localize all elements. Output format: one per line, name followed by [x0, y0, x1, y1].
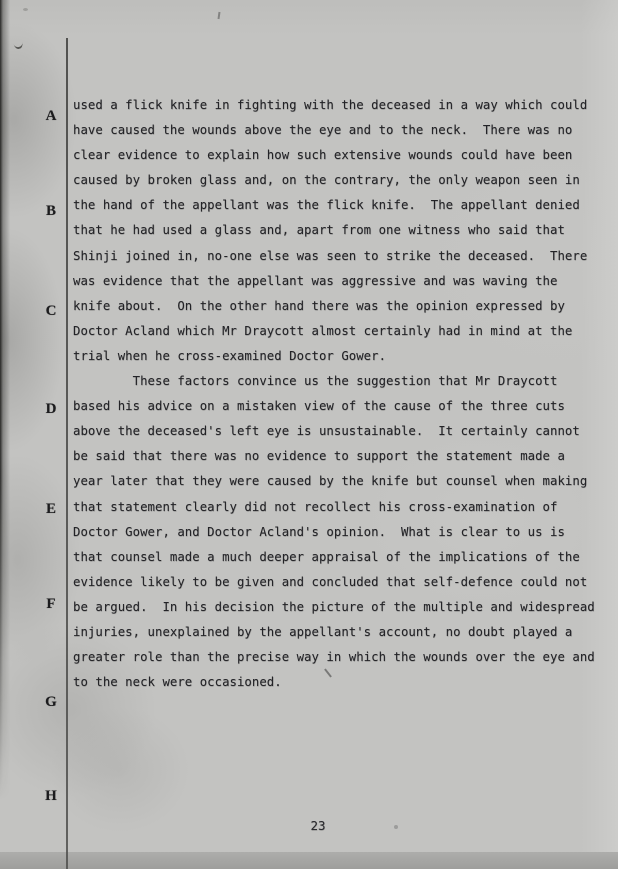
- text-line: be said that there was no evidence to su…: [73, 444, 613, 469]
- text-line: year later that they were caused by the …: [73, 469, 613, 494]
- text-line: clear evidence to explain how such exten…: [73, 143, 613, 168]
- text-line: injuries, unexplained by the appellant's…: [73, 620, 613, 645]
- text-line: These factors convince us the suggestion…: [73, 369, 613, 394]
- text-line: greater role than the precise way in whi…: [73, 645, 613, 670]
- text-line: to the neck were occasioned.: [73, 670, 613, 695]
- margin-letter-b: B: [42, 204, 60, 219]
- stray-squiggle-mark: [13, 41, 23, 50]
- text-line: used a flick knife in fighting with the …: [73, 93, 613, 118]
- judgment-body-text: used a flick knife in fighting with the …: [73, 93, 613, 695]
- text-line: knife about. On the other hand there was…: [73, 294, 613, 319]
- text-line: that statement clearly did not recollect…: [73, 495, 613, 520]
- text-line: above the deceased's left eye is unsusta…: [73, 419, 613, 444]
- text-line: based his advice on a mistaken view of t…: [73, 394, 613, 419]
- margin-letter-f: F: [42, 597, 60, 612]
- text-line: be argued. In his decision the picture o…: [73, 595, 613, 620]
- text-line: caused by broken glass and, on the contr…: [73, 168, 613, 193]
- text-line: that he had used a glass and, apart from…: [73, 218, 613, 243]
- margin-letter-a: A: [42, 109, 60, 124]
- stray-tick-mark: [218, 12, 221, 19]
- text-line: Shinji joined in, no-one else was seen t…: [73, 244, 613, 269]
- stray-dot-mark: [394, 825, 398, 829]
- text-line: was evidence that the appellant was aggr…: [73, 269, 613, 294]
- margin-letter-h: H: [42, 789, 60, 804]
- margin-rule: [66, 38, 68, 869]
- margin-letter-e: E: [42, 502, 60, 517]
- page-number: 23: [300, 818, 336, 833]
- scanned-judgment-page: A B C D E F G H used a flick knife in fi…: [0, 0, 618, 869]
- text-line: evidence likely to be given and conclude…: [73, 570, 613, 595]
- text-line: Doctor Acland which Mr Draycott almost c…: [73, 319, 613, 344]
- scan-bottom-edge-artifact: [0, 852, 618, 869]
- text-line: Doctor Gower, and Doctor Acland's opinio…: [73, 520, 613, 545]
- margin-letter-c: C: [42, 304, 60, 319]
- margin-letter-g: G: [42, 695, 60, 710]
- text-line: that counsel made a much deeper appraisa…: [73, 545, 613, 570]
- scan-left-edge-artifact: [0, 0, 10, 869]
- text-line: have caused the wounds above the eye and…: [73, 118, 613, 143]
- text-line: trial when he cross-examined Doctor Gowe…: [73, 344, 613, 369]
- margin-letter-d: D: [42, 402, 60, 417]
- text-line: the hand of the appellant was the flick …: [73, 193, 613, 218]
- stray-speck-mark: [23, 8, 28, 11]
